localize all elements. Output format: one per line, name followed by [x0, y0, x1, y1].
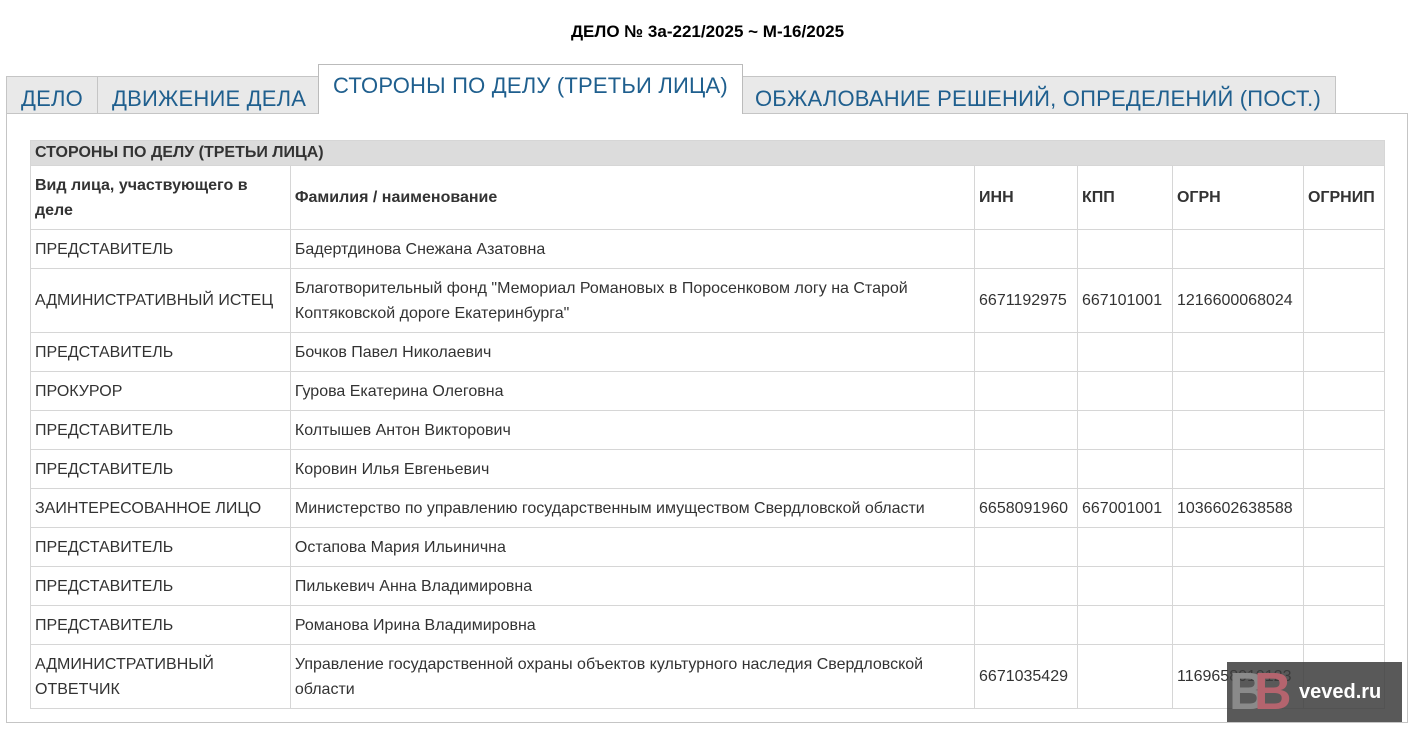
cell-inn: 6671035429	[975, 645, 1078, 709]
cell-inn	[975, 528, 1078, 567]
cell-party-type: ЗАИНТЕРЕСОВАННОЕ ЛИЦО	[31, 489, 291, 528]
cell-name: Бадертдинова Снежана Азатовна	[290, 230, 974, 269]
cell-ogrnip	[1303, 372, 1384, 411]
header-kpp: КПП	[1078, 166, 1173, 230]
cell-ogrn	[1172, 230, 1303, 269]
parties-table: СТОРОНЫ ПО ДЕЛУ (ТРЕТЬИ ЛИЦА) Вид лица, …	[30, 140, 1385, 709]
cell-name: Управление государственной охраны объект…	[290, 645, 974, 709]
tab-case-movement[interactable]: ДВИЖЕНИЕ ДЕЛА	[97, 76, 321, 114]
tab-appeals[interactable]: ОБЖАЛОВАНИЕ РЕШЕНИЙ, ОПРЕДЕЛЕНИЙ (ПОСТ.)	[740, 76, 1336, 114]
cell-party-type: ПРОКУРОР	[31, 372, 291, 411]
cell-party-type: ПРЕДСТАВИТЕЛЬ	[31, 411, 291, 450]
cell-kpp	[1078, 567, 1173, 606]
cell-name: Благотворительный фонд "Мемориал Романов…	[290, 269, 974, 333]
table-caption: СТОРОНЫ ПО ДЕЛУ (ТРЕТЬИ ЛИЦА)	[31, 141, 1385, 166]
table-row: ПРЕДСТАВИТЕЛЬКолтышев Антон Викторович	[31, 411, 1385, 450]
cell-kpp: 667101001	[1078, 269, 1173, 333]
cell-ogrn	[1172, 333, 1303, 372]
cell-ogrnip	[1303, 567, 1384, 606]
cell-ogrn	[1172, 528, 1303, 567]
cell-ogrnip	[1303, 528, 1384, 567]
cell-ogrn	[1172, 372, 1303, 411]
cell-ogrnip	[1303, 450, 1384, 489]
watermark-logo-icon: BB	[1227, 662, 1285, 722]
cell-ogrnip	[1303, 269, 1384, 333]
cell-inn	[975, 333, 1078, 372]
table-row: ПРЕДСТАВИТЕЛЬБадертдинова Снежана Азатов…	[31, 230, 1385, 269]
cell-inn	[975, 230, 1078, 269]
cell-inn: 6671192975	[975, 269, 1078, 333]
cell-party-type: ПРЕДСТАВИТЕЛЬ	[31, 230, 291, 269]
table-row: ПРЕДСТАВИТЕЛЬРоманова Ирина Владимировна	[31, 606, 1385, 645]
cell-inn: 6658091960	[975, 489, 1078, 528]
cell-ogrnip	[1303, 489, 1384, 528]
cell-ogrn	[1172, 411, 1303, 450]
cell-inn	[975, 567, 1078, 606]
header-name: Фамилия / наименование	[290, 166, 974, 230]
cell-party-type: ПРЕДСТАВИТЕЛЬ	[31, 567, 291, 606]
table-header-row: Вид лица, участвующего в деле Фамилия / …	[31, 166, 1385, 230]
cell-name: Бочков Павел Николаевич	[290, 333, 974, 372]
cell-ogrnip	[1303, 606, 1384, 645]
table-row: ПРЕДСТАВИТЕЛЬПилькевич Анна Владимировна	[31, 567, 1385, 606]
header-ogrnip: ОГРНИП	[1303, 166, 1384, 230]
cell-party-type: ПРЕДСТАВИТЕЛЬ	[31, 333, 291, 372]
cell-ogrn: 1216600068024	[1172, 269, 1303, 333]
cell-inn	[975, 606, 1078, 645]
table-row: АДМИНИСТРАТИВНЫЙ ОТВЕТЧИКУправление госу…	[31, 645, 1385, 709]
table-row: ЗАИНТЕРЕСОВАННОЕ ЛИЦОМинистерство по упр…	[31, 489, 1385, 528]
cell-kpp	[1078, 606, 1173, 645]
tab-panel: СТОРОНЫ ПО ДЕЛУ (ТРЕТЬИ ЛИЦА) Вид лица, …	[6, 113, 1408, 723]
cell-name: Остапова Мария Ильинична	[290, 528, 974, 567]
header-inn: ИНН	[975, 166, 1078, 230]
cell-kpp	[1078, 230, 1173, 269]
table-row: ПРЕДСТАВИТЕЛЬОстапова Мария Ильинична	[31, 528, 1385, 567]
cell-kpp	[1078, 528, 1173, 567]
cell-kpp: 667001001	[1078, 489, 1173, 528]
cell-ogrnip	[1303, 411, 1384, 450]
cell-inn	[975, 372, 1078, 411]
table-row: ПРЕДСТАВИТЕЛЬКоровин Илья Евгеньевич	[31, 450, 1385, 489]
cell-party-type: АДМИНИСТРАТИВНЫЙ ОТВЕТЧИК	[31, 645, 291, 709]
cell-kpp	[1078, 645, 1173, 709]
cell-kpp	[1078, 450, 1173, 489]
cell-ogrnip	[1303, 230, 1384, 269]
cell-name: Романова Ирина Владимировна	[290, 606, 974, 645]
cell-kpp	[1078, 333, 1173, 372]
cell-party-type: ПРЕДСТАВИТЕЛЬ	[31, 450, 291, 489]
header-ogrn: ОГРН	[1172, 166, 1303, 230]
table-row: АДМИНИСТРАТИВНЫЙ ИСТЕЦБлаготворительный …	[31, 269, 1385, 333]
cell-name: Колтышев Антон Викторович	[290, 411, 974, 450]
cell-inn	[975, 411, 1078, 450]
cell-name: Гурова Екатерина Олеговна	[290, 372, 974, 411]
tab-parties[interactable]: СТОРОНЫ ПО ДЕЛУ (ТРЕТЬИ ЛИЦА)	[318, 64, 743, 114]
table-row: ПРОКУРОРГурова Екатерина Олеговна	[31, 372, 1385, 411]
watermark: BB veved.ru	[1227, 662, 1402, 722]
cell-ogrn	[1172, 567, 1303, 606]
cell-name: Пилькевич Анна Владимировна	[290, 567, 974, 606]
cell-party-type: ПРЕДСТАВИТЕЛЬ	[31, 606, 291, 645]
cell-ogrn	[1172, 606, 1303, 645]
cell-kpp	[1078, 372, 1173, 411]
cell-kpp	[1078, 411, 1173, 450]
cell-ogrn: 1036602638588	[1172, 489, 1303, 528]
table-row: ПРЕДСТАВИТЕЛЬБочков Павел Николаевич	[31, 333, 1385, 372]
cell-party-type: АДМИНИСТРАТИВНЫЙ ИСТЕЦ	[31, 269, 291, 333]
case-title: ДЕЛО № 3а-221/2025 ~ М-16/2025	[0, 22, 1409, 42]
cell-inn	[975, 450, 1078, 489]
cell-ogrnip	[1303, 333, 1384, 372]
watermark-text: veved.ru	[1299, 681, 1381, 704]
cell-ogrn	[1172, 450, 1303, 489]
cell-party-type: ПРЕДСТАВИТЕЛЬ	[31, 528, 291, 567]
cell-name: Коровин Илья Евгеньевич	[290, 450, 974, 489]
cell-name: Министерство по управлению государственн…	[290, 489, 974, 528]
tab-case[interactable]: ДЕЛО	[6, 76, 98, 114]
header-party-type: Вид лица, участвующего в деле	[31, 166, 291, 230]
